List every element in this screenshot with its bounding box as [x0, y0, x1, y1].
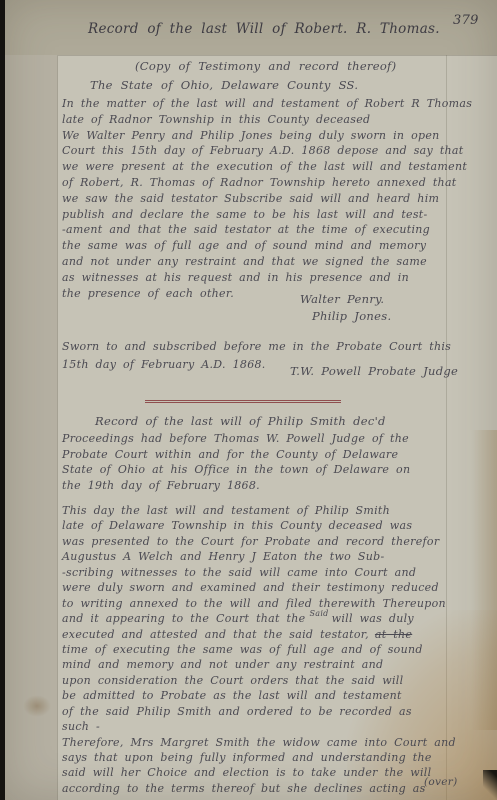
state-county-line: The State of Ohio, Delaware County SS. — [90, 78, 358, 92]
over-continuation-note: (over) — [424, 776, 457, 788]
handwritten-line: we were present at the execution of the … — [62, 159, 472, 175]
line-with-strikethrough: executed and attested and that the said … — [62, 627, 456, 642]
handwritten-line: We Walter Penry and Philip Jones being d… — [62, 128, 472, 144]
handwritten-line: the same was of full age and of sound mi… — [62, 238, 472, 254]
handwritten-line: late of Delaware Township in this County… — [62, 518, 456, 533]
handwritten-line: Court this 15th day of February A.D. 186… — [62, 143, 472, 159]
handwritten-line: says that upon being fully informed and … — [62, 750, 456, 765]
handwritten-line: Therefore, Mrs Margret Smith the widow c… — [62, 735, 456, 750]
page-left-margin — [5, 55, 57, 800]
handwritten-line: Augustus A Welch and Henry J Eaton the t… — [62, 549, 456, 564]
insertion-line-after: will was duly — [332, 612, 414, 625]
insertion-line-before: and it appearing to the Court that the — [62, 612, 305, 625]
handwritten-line: late of Radnor Township in this County d… — [62, 112, 472, 128]
handwritten-line: of Robert, R. Thomas of Radnor Township … — [62, 175, 472, 191]
handwritten-line: were duly sworn and examined and their t… — [62, 580, 456, 595]
philip-body-part2: time of executing the same was of full a… — [62, 642, 456, 796]
handwritten-line: publish and declare the same to be his l… — [62, 207, 472, 223]
handwritten-line: the 19th day of February 1868. — [62, 478, 410, 494]
handwritten-line: said will her Choice and election is to … — [62, 765, 456, 780]
struck-out-words: at the — [375, 628, 412, 641]
handwritten-line: time of executing the same was of full a… — [62, 642, 456, 657]
robert-testimony-body: In the matter of the last will and testa… — [62, 96, 472, 301]
handwritten-line: and not under any restraint and that we … — [62, 254, 472, 270]
handwritten-line: Sworn to and subscribed before me in the… — [62, 338, 451, 356]
handwritten-line: be admitted to Probate as the last will … — [62, 688, 456, 703]
philip-smith-record-body: This day the last will and testament of … — [62, 503, 456, 796]
witness-signature-philip-jones: Philip Jones. — [312, 309, 391, 323]
witness-signature-walter-penry: Walter Penry. — [300, 292, 384, 306]
ledger-page: 379 Record of the last Will of Robert. R… — [5, 0, 497, 800]
handwritten-line: such - — [62, 719, 456, 734]
handwritten-line: we saw the said testator Subscribe said … — [62, 191, 472, 207]
philip-smith-proceedings-intro: Proceedings had before Thomas W. Powell … — [62, 431, 410, 494]
bottom-corner-shadow — [483, 770, 497, 800]
ink-blot-stain — [23, 695, 51, 717]
probate-judge-signature: T.W. Powell Probate Judge — [290, 364, 458, 378]
handwritten-line: mind and memory and not under any restra… — [62, 657, 456, 672]
page-number: 379 — [453, 13, 479, 28]
handwritten-line: to writing annexed to the will and filed… — [62, 596, 456, 611]
philip-smith-record-heading: Record of the last will of Philip Smith … — [95, 414, 386, 428]
record-title: Record of the last Will of Robert. R. Th… — [88, 21, 440, 37]
handwritten-line: In the matter of the last will and testa… — [62, 96, 472, 112]
handwritten-line: upon consideration the Court orders that… — [62, 673, 456, 688]
handwritten-line: as witnesses at his request and in his p… — [62, 270, 472, 286]
handwritten-line: the presence of each other. — [62, 286, 472, 302]
handwritten-line: State of Ohio at his Office in the town … — [62, 462, 410, 478]
handwritten-line: This day the last will and testament of … — [62, 503, 456, 518]
testimony-subtitle: (Copy of Testimony and record thereof) — [135, 59, 396, 73]
handwritten-line: Proceedings had before Thomas W. Powell … — [62, 431, 410, 447]
handwritten-line: -scribing witnesses to the said will cam… — [62, 565, 456, 580]
handwritten-line: -ament and that the said testator at the… — [62, 222, 472, 238]
strike-line-before: executed and attested and that the said … — [62, 628, 369, 641]
handwritten-line: was presented to the Court for Probate a… — [62, 534, 456, 549]
handwritten-line: of the said Philip Smith and ordered to … — [62, 704, 456, 719]
line-with-insertion: and it appearing to the Court that theSa… — [62, 611, 456, 626]
handwritten-line: according to the terms thereof but she d… — [62, 781, 456, 796]
philip-body-part1: This day the last will and testament of … — [62, 503, 456, 611]
section-divider-rule — [145, 400, 341, 403]
inserted-word-above-line: Said — [309, 609, 328, 618]
handwritten-line: Probate Court within and for the County … — [62, 447, 410, 463]
